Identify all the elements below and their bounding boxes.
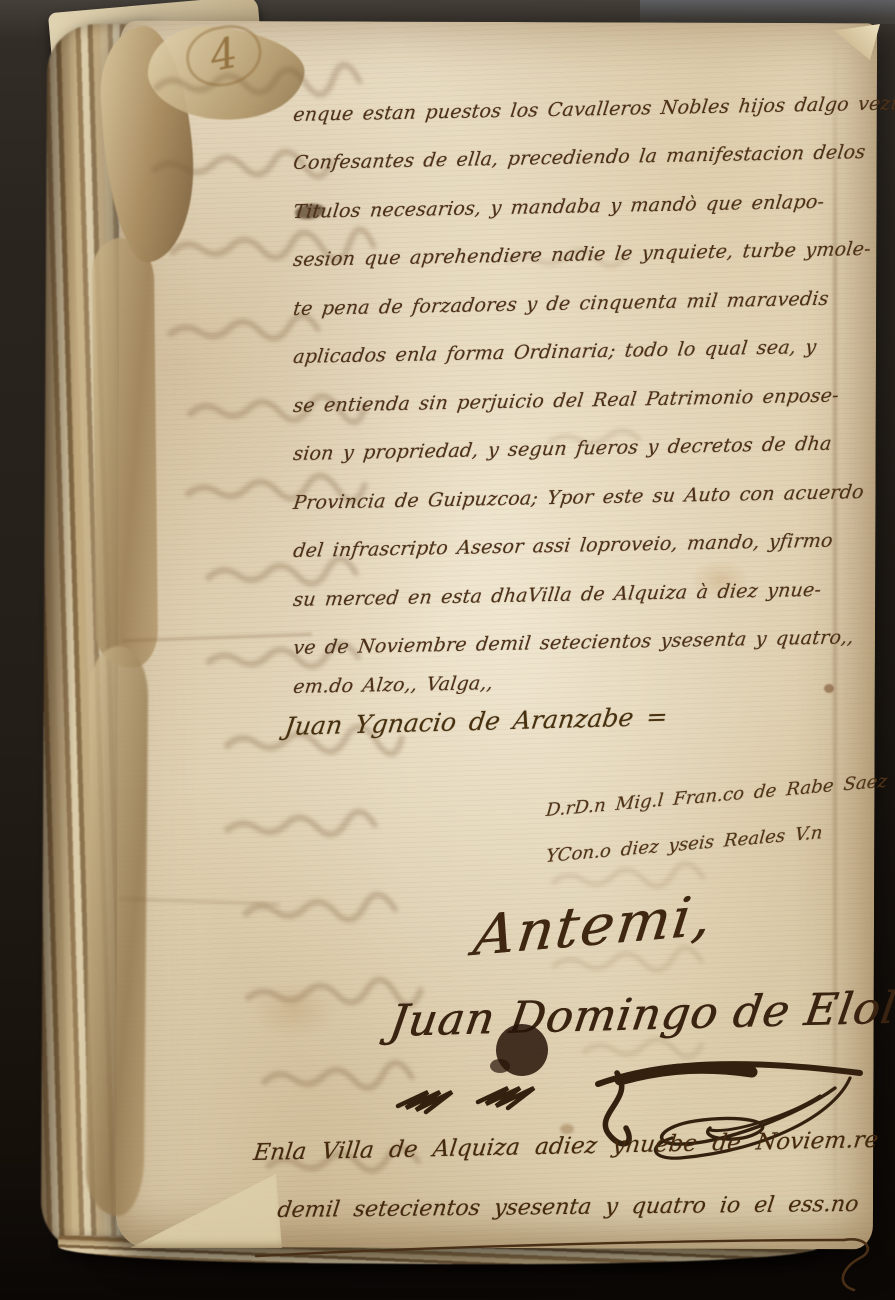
backdrop-top-band: [640, 0, 895, 24]
ink-spot: [824, 684, 834, 693]
manuscript-photo: 4 enque estan puestos los Cavalleros Nob…: [0, 0, 895, 1300]
manuscript-line: em.do Alzo,, Valga,,: [292, 672, 494, 698]
closing-rule-flourish: [248, 1232, 888, 1300]
foxing-stain: [250, 980, 340, 1040]
